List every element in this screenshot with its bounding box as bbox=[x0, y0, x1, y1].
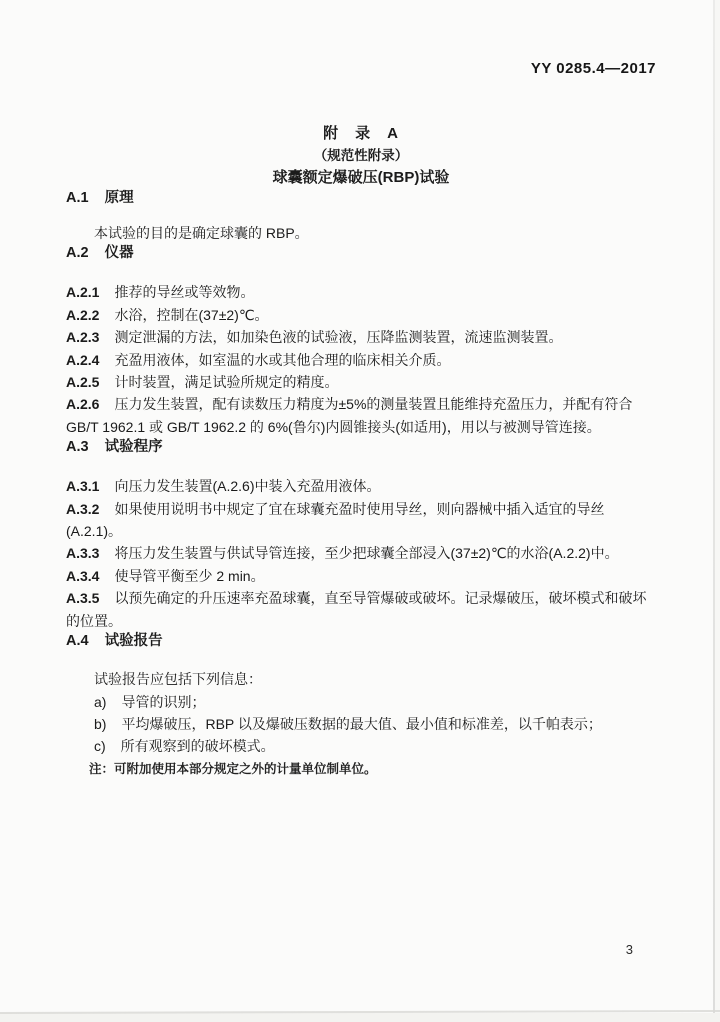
clause-text: 使导管平衡至少 2 min。 bbox=[114, 568, 264, 584]
report-note: 注：可附加使用本部分规定之外的计量单位制单位。 bbox=[66, 759, 656, 780]
clause-number: A.2.4 bbox=[66, 352, 99, 368]
clause-number: A.2.1 bbox=[66, 284, 99, 300]
section-title: 仪器 bbox=[105, 245, 134, 261]
section-number: A.4 bbox=[66, 633, 89, 649]
page-header: YY 0285.4—2017 bbox=[66, 60, 656, 77]
report-item-a: a)导管的识别； bbox=[66, 691, 656, 713]
clause-text: 向压力发生装置(A.2.6)中装入充盈用液体。 bbox=[114, 478, 380, 494]
page-number: 3 bbox=[626, 942, 633, 957]
clause-a2-2: A.2.2水浴，控制在(37±2)℃。 bbox=[66, 304, 656, 326]
clause-a2-6: A.2.6压力发生装置，配有读数压力精度为±5%的测量装置且能维持充盈压力，并配… bbox=[66, 393, 656, 438]
clause-a3-5: A.3.5以预先确定的升压速率充盈球囊，直至导管爆破或破坏。记录爆破压，破坏模式… bbox=[66, 587, 656, 632]
clause-text: 测定泄漏的方法，如加染色液的试验液，压降监测装置，流速监测装置。 bbox=[114, 329, 562, 345]
list-text: 平均爆破压，RBP 以及爆破压数据的最大值、最小值和标准差，以千帕表示； bbox=[121, 716, 601, 732]
appendix-type: （规范性附录） bbox=[66, 145, 656, 167]
scan-edge-shadow-right bbox=[713, 0, 715, 1022]
section-title: 试验报告 bbox=[105, 633, 163, 649]
section-number: A.1 bbox=[66, 190, 89, 206]
scanned-standard-page: { "header": { "standard_number": "YY 028… bbox=[0, 0, 720, 1022]
clause-text: 以预先确定的升压速率充盈球囊，直至导管爆破或破坏。记录爆破压，破坏模式和破坏的位… bbox=[66, 590, 646, 628]
section-a2-clauses: A.2.1推荐的导丝或等效物。 A.2.2水浴，控制在(37±2)℃。 A.2.… bbox=[66, 281, 656, 438]
clause-number: A.3.5 bbox=[66, 590, 99, 606]
standard-number: YY 0285.4—2017 bbox=[531, 60, 656, 77]
section-heading-a3: A.3试验程序 bbox=[66, 438, 656, 456]
scan-edge-bottom-background bbox=[0, 1013, 720, 1022]
clause-number: A.3.3 bbox=[66, 545, 99, 561]
clause-number: A.2.2 bbox=[66, 307, 99, 323]
clause-a2-1: A.2.1推荐的导丝或等效物。 bbox=[66, 281, 656, 303]
clause-number: A.3.2 bbox=[66, 501, 99, 517]
list-label: a) bbox=[94, 694, 106, 710]
report-item-b: b)平均爆破压，RBP 以及爆破压数据的最大值、最小值和标准差，以千帕表示； bbox=[66, 713, 656, 735]
clause-text: 计时装置，满足试验所规定的精度。 bbox=[114, 374, 338, 390]
clause-text: 水浴，控制在(37±2)℃。 bbox=[114, 307, 268, 323]
clause-a2-3: A.2.3测定泄漏的方法，如加染色液的试验液，压降监测装置，流速监测装置。 bbox=[66, 326, 656, 348]
clause-number: A.2.3 bbox=[66, 329, 99, 345]
section-a3-clauses: A.3.1向压力发生装置(A.2.6)中装入充盈用液体。 A.3.2如果使用说明… bbox=[66, 475, 656, 632]
clause-number: A.3.4 bbox=[66, 568, 99, 584]
section-a1-body: 本试验的目的是确定球囊的 RBP。 bbox=[66, 222, 656, 244]
section-heading-a4: A.4试验报告 bbox=[66, 632, 656, 650]
report-intro: 试验报告应包括下列信息： bbox=[66, 668, 656, 690]
section-number: A.2 bbox=[66, 245, 89, 261]
clause-text: 充盈用液体，如室温的水或其他合理的临床相关介质。 bbox=[114, 352, 450, 368]
section-heading-a2: A.2仪器 bbox=[66, 244, 656, 262]
list-text: 导管的识别； bbox=[121, 694, 205, 710]
clause-text: 推荐的导丝或等效物。 bbox=[114, 284, 254, 300]
list-label: b) bbox=[94, 716, 106, 732]
clause-number: A.3.1 bbox=[66, 478, 99, 494]
clause-text: 压力发生装置，配有读数压力精度为±5%的测量装置且能维持充盈压力，并配有符合 G… bbox=[66, 396, 632, 434]
clause-a2-5: A.2.5计时装置，满足试验所规定的精度。 bbox=[66, 371, 656, 393]
clause-text: 将压力发生装置与供试导管连接，至少把球囊全部浸入(37±2)℃的水浴(A.2.2… bbox=[114, 545, 618, 561]
section-number: A.3 bbox=[66, 439, 89, 455]
section-title: 试验程序 bbox=[105, 439, 163, 455]
clause-text: 如果使用说明书中规定了宜在球囊充盈时使用导丝，则向器械中插入适宜的导丝(A.2.… bbox=[66, 501, 604, 539]
report-item-c: c)所有观察到的破坏模式。 bbox=[66, 735, 656, 757]
clause-a3-1: A.3.1向压力发生装置(A.2.6)中装入充盈用液体。 bbox=[66, 475, 656, 497]
clause-number: A.2.5 bbox=[66, 374, 99, 390]
clause-a3-2: A.3.2如果使用说明书中规定了宜在球囊充盈时使用导丝，则向器械中插入适宜的导丝… bbox=[66, 498, 656, 543]
clause-number: A.2.6 bbox=[66, 396, 99, 412]
scan-edge-right-background bbox=[715, 0, 720, 1022]
clause-a2-4: A.2.4充盈用液体，如室温的水或其他合理的临床相关介质。 bbox=[66, 349, 656, 371]
section-title: 原理 bbox=[105, 190, 134, 206]
appendix-title: 球囊额定爆破压(RBP)试验 bbox=[66, 167, 656, 189]
document-content: YY 0285.4—2017 附 录 A （规范性附录） 球囊额定爆破压(RBP… bbox=[66, 0, 656, 780]
appendix-label: 附 录 A bbox=[66, 123, 656, 145]
clause-a3-3: A.3.3将压力发生装置与供试导管连接，至少把球囊全部浸入(37±2)℃的水浴(… bbox=[66, 542, 656, 564]
list-label: c) bbox=[94, 738, 106, 754]
clause-a3-4: A.3.4使导管平衡至少 2 min。 bbox=[66, 565, 656, 587]
section-heading-a1: A.1原理 bbox=[66, 189, 656, 207]
appendix-title-block: 附 录 A （规范性附录） 球囊额定爆破压(RBP)试验 bbox=[66, 123, 656, 189]
list-text: 所有观察到的破坏模式。 bbox=[121, 738, 275, 754]
